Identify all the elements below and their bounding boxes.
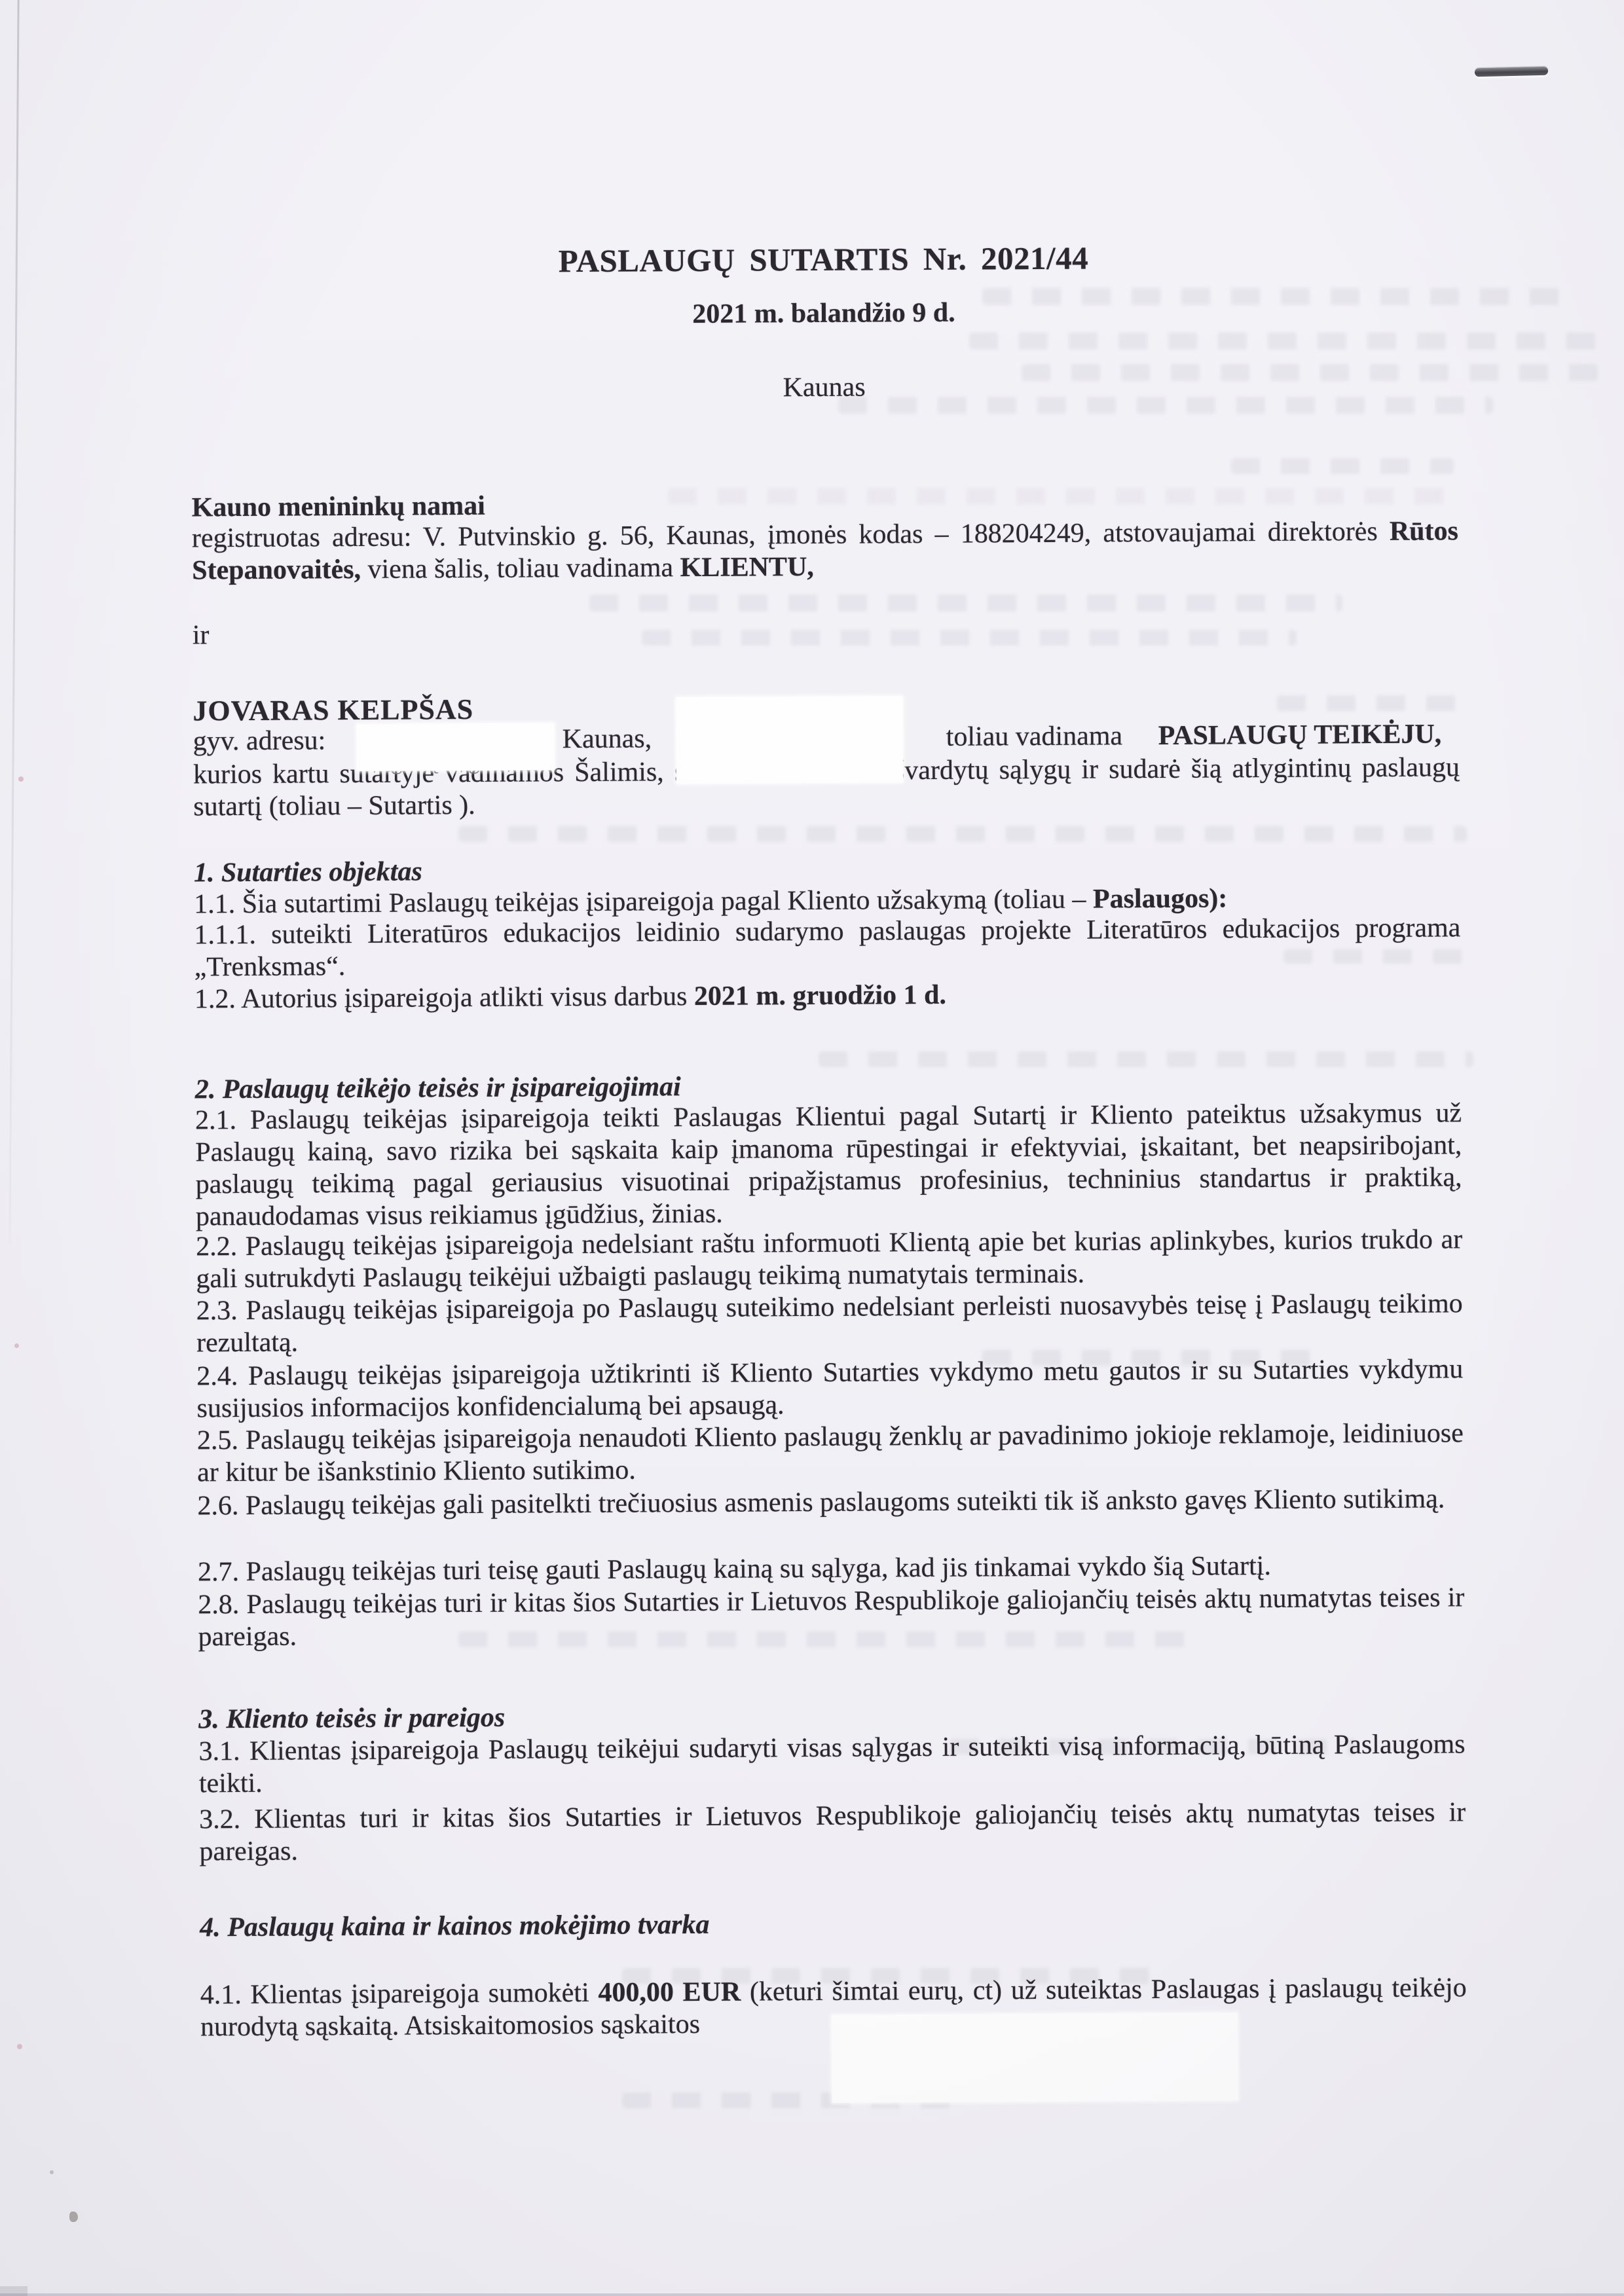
clause-2-1: 2.1. Paslaugų teikėjas įsipareigoja teik… [195, 1097, 1462, 1233]
clause-3-2: 3.2. Klientas turi ir kitas šios Sutarti… [199, 1796, 1466, 1868]
paper-speck [50, 2170, 54, 2174]
clause-text: 2.2. Paslaugų teikėjas įsipareigoja nede… [196, 1224, 1462, 1294]
pink-speck [17, 2044, 22, 2049]
paper-speck [69, 2212, 78, 2222]
scanned-contract-page: PASLAUGŲ SUTARTIS Nr. 2021/44 2021 m. ba… [0, 0, 1624, 2296]
clause-text: 2.6. Paslaugų teikėjas gali pasitelkti t… [197, 1484, 1445, 1521]
clause-text: 4.1. Klientas įsipareigoja sumokėti [200, 1978, 599, 2010]
client-role-name: KLIENTU, [680, 552, 813, 583]
redaction-box-address-1 [357, 723, 555, 771]
clause-2-8: 2.8. Paslaugų teikėjas turi ir kitas šio… [198, 1582, 1465, 1653]
clause-text: 1.1.1. suteikti Literatūros edukacijos l… [194, 913, 1460, 982]
clause-text-bold: 400,00 EUR [598, 1977, 741, 2008]
clause-text: 1.1. Šia sutartimi Paslaugų teikėjas įsi… [194, 884, 1093, 920]
clause-text: 2.3. Paslaugų teikėjas įsipareigoja po P… [196, 1288, 1463, 1358]
clause-text: 2.8. Paslaugų teikėjas turi ir kitas šio… [198, 1582, 1464, 1652]
page-bottom-shadow [0, 2293, 1624, 2296]
clause-2-6: 2.6. Paslaugų teikėjas gali pasitelkti t… [197, 1483, 1464, 1522]
clause-text: 1.2. Autorius įsipareigoja atlikti visus… [194, 981, 694, 1014]
redaction-box-bank-account [832, 2013, 1238, 2103]
clause-1-2: 1.2. Autorius įsipareigoja atlikti visus… [194, 976, 1461, 1015]
client-details: registruotas adresu: V. Putvinskio g. 56… [192, 515, 1459, 587]
redaction-box-address-2 [676, 696, 903, 784]
clause-text: 2.4. Paslaugų teikėjas įsipareigoja užti… [196, 1354, 1463, 1423]
clause-text: 2.5. Paslaugų teikėjas įsipareigoja nena… [197, 1418, 1464, 1487]
pink-speck [18, 776, 24, 782]
clause-2-5: 2.5. Paslaugų teikėjas įsipareigoja nena… [197, 1417, 1464, 1489]
staple-mark [1475, 67, 1548, 77]
provider-role-intro: toliau vadinama [946, 720, 1123, 754]
clause-3-1: 3.1. Klientas įsipareigoja Paslaugų teik… [198, 1728, 1466, 1800]
clause-text: 3.1. Klientas įsipareigoja Paslaugų teik… [198, 1729, 1465, 1798]
clause-2-3: 2.3. Paslaugų teikėjas įsipareigoja po P… [196, 1288, 1464, 1359]
clause-text: 3.2. Klientas turi ir kitas šios Sutarti… [199, 1797, 1466, 1867]
document-date: 2021 m. balandžio 9 d. [191, 294, 1457, 333]
clause-text-bold: 2021 m. gruodžio 1 d. [694, 980, 946, 1011]
provider-role-name: PASLAUGŲ TEIKĖJU, [1158, 718, 1442, 752]
clause-1-1-1: 1.1.1. suteikti Literatūros edukacijos l… [194, 912, 1461, 983]
pink-speck [14, 1343, 19, 1348]
document-title: PASLAUGŲ SUTARTIS Nr. 2021/44 [190, 240, 1456, 279]
clause-text: 2.7. Paslaugų teikėjas turi teisę gauti … [198, 1551, 1271, 1587]
clause-2-2: 2.2. Paslaugų teikėjas įsipareigoja nede… [196, 1224, 1463, 1295]
section-4-heading: 4. Paslaugų kaina ir kainos mokėjimo tva… [200, 1904, 1466, 1944]
clause-text: 2.1. Paslaugų teikėjas įsipareigoja teik… [195, 1098, 1462, 1231]
printed-content: PASLAUGŲ SUTARTIS Nr. 2021/44 2021 m. ba… [0, 0, 1624, 2296]
provider-address-prefix: gyv. adresu: [193, 725, 326, 757]
client-registered-line: registruotas adresu: V. Putvinskio g. 56… [192, 517, 1390, 554]
provider-address-city: Kaunas, [563, 723, 652, 756]
clause-2-4: 2.4. Paslaugų teikėjas įsipareigoja užti… [196, 1353, 1464, 1425]
clause-text-bold: Paslaugos): [1093, 883, 1228, 914]
conjunction: ir [193, 612, 1459, 651]
document-city: Kaunas [191, 368, 1457, 407]
client-role-intro: viena šalis, toliau vadinama [361, 553, 680, 585]
